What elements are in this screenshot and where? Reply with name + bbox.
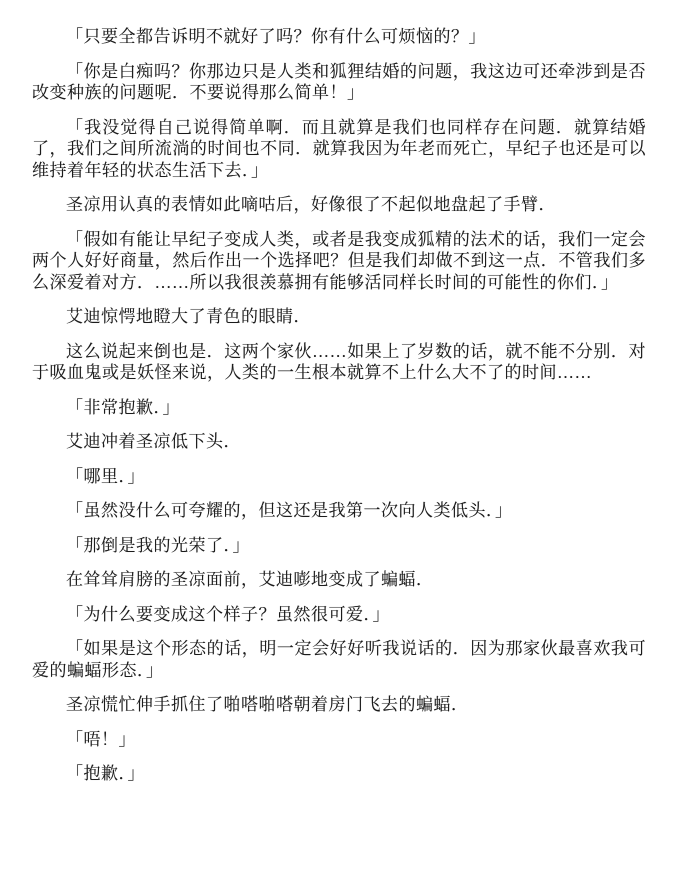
paragraph: 「唔！」: [32, 729, 646, 751]
paragraph: 艾迪冲着圣凉低下头．: [32, 431, 646, 453]
paragraph: 「那倒是我的光荣了．」: [32, 535, 646, 557]
paragraph: 在耸耸肩膀的圣凉面前，艾迪嘭地变成了蝙蝠．: [32, 569, 646, 591]
paragraph: 「只要全都告诉明不就好了吗？你有什么可烦恼的？」: [32, 26, 646, 48]
paragraph: 圣凉用认真的表情如此嘀咕后，好像很了不起似地盘起了手臂．: [32, 194, 646, 216]
paragraph: 「为什么要变成这个样子？虽然很可爱．」: [32, 604, 646, 626]
paragraph: 圣凉慌忙伸手抓住了啪嗒啪嗒朝着房门飞去的蝙蝠．: [32, 694, 646, 716]
novel-page: 「只要全都告诉明不就好了吗？你有什么可烦恼的？」 「你是白痴吗？你那边只是人类和…: [0, 0, 680, 880]
paragraph: 「如果是这个形态的话，明一定会好好听我说话的．因为那家伙最喜欢我可爱的蝙蝠形态．…: [32, 638, 646, 681]
paragraph: 这么说起来倒也是．这两个家伙……如果上了岁数的话，就不能不分别．对于吸血鬼或是妖…: [32, 341, 646, 384]
paragraph: 艾迪惊愕地瞪大了青色的眼睛．: [32, 306, 646, 328]
paragraph: 「你是白痴吗？你那边只是人类和狐狸结婚的问题，我这边可还牵涉到是否改变种族的问题…: [32, 61, 646, 104]
paragraph: 「假如有能让早纪子变成人类，或者是我变成狐精的法术的话，我们一定会两个人好好商量…: [32, 229, 646, 294]
paragraph: 「非常抱歉．」: [32, 397, 646, 419]
paragraph: 「哪里．」: [32, 466, 646, 488]
paragraph: 「我没觉得自己说得简单啊．而且就算是我们也同样存在问题．就算结婚了，我们之间所流…: [32, 117, 646, 182]
paragraph: 「抱歉．」: [32, 763, 646, 785]
paragraph: 「虽然没什么可夸耀的，但这还是我第一次向人类低头．」: [32, 500, 646, 522]
